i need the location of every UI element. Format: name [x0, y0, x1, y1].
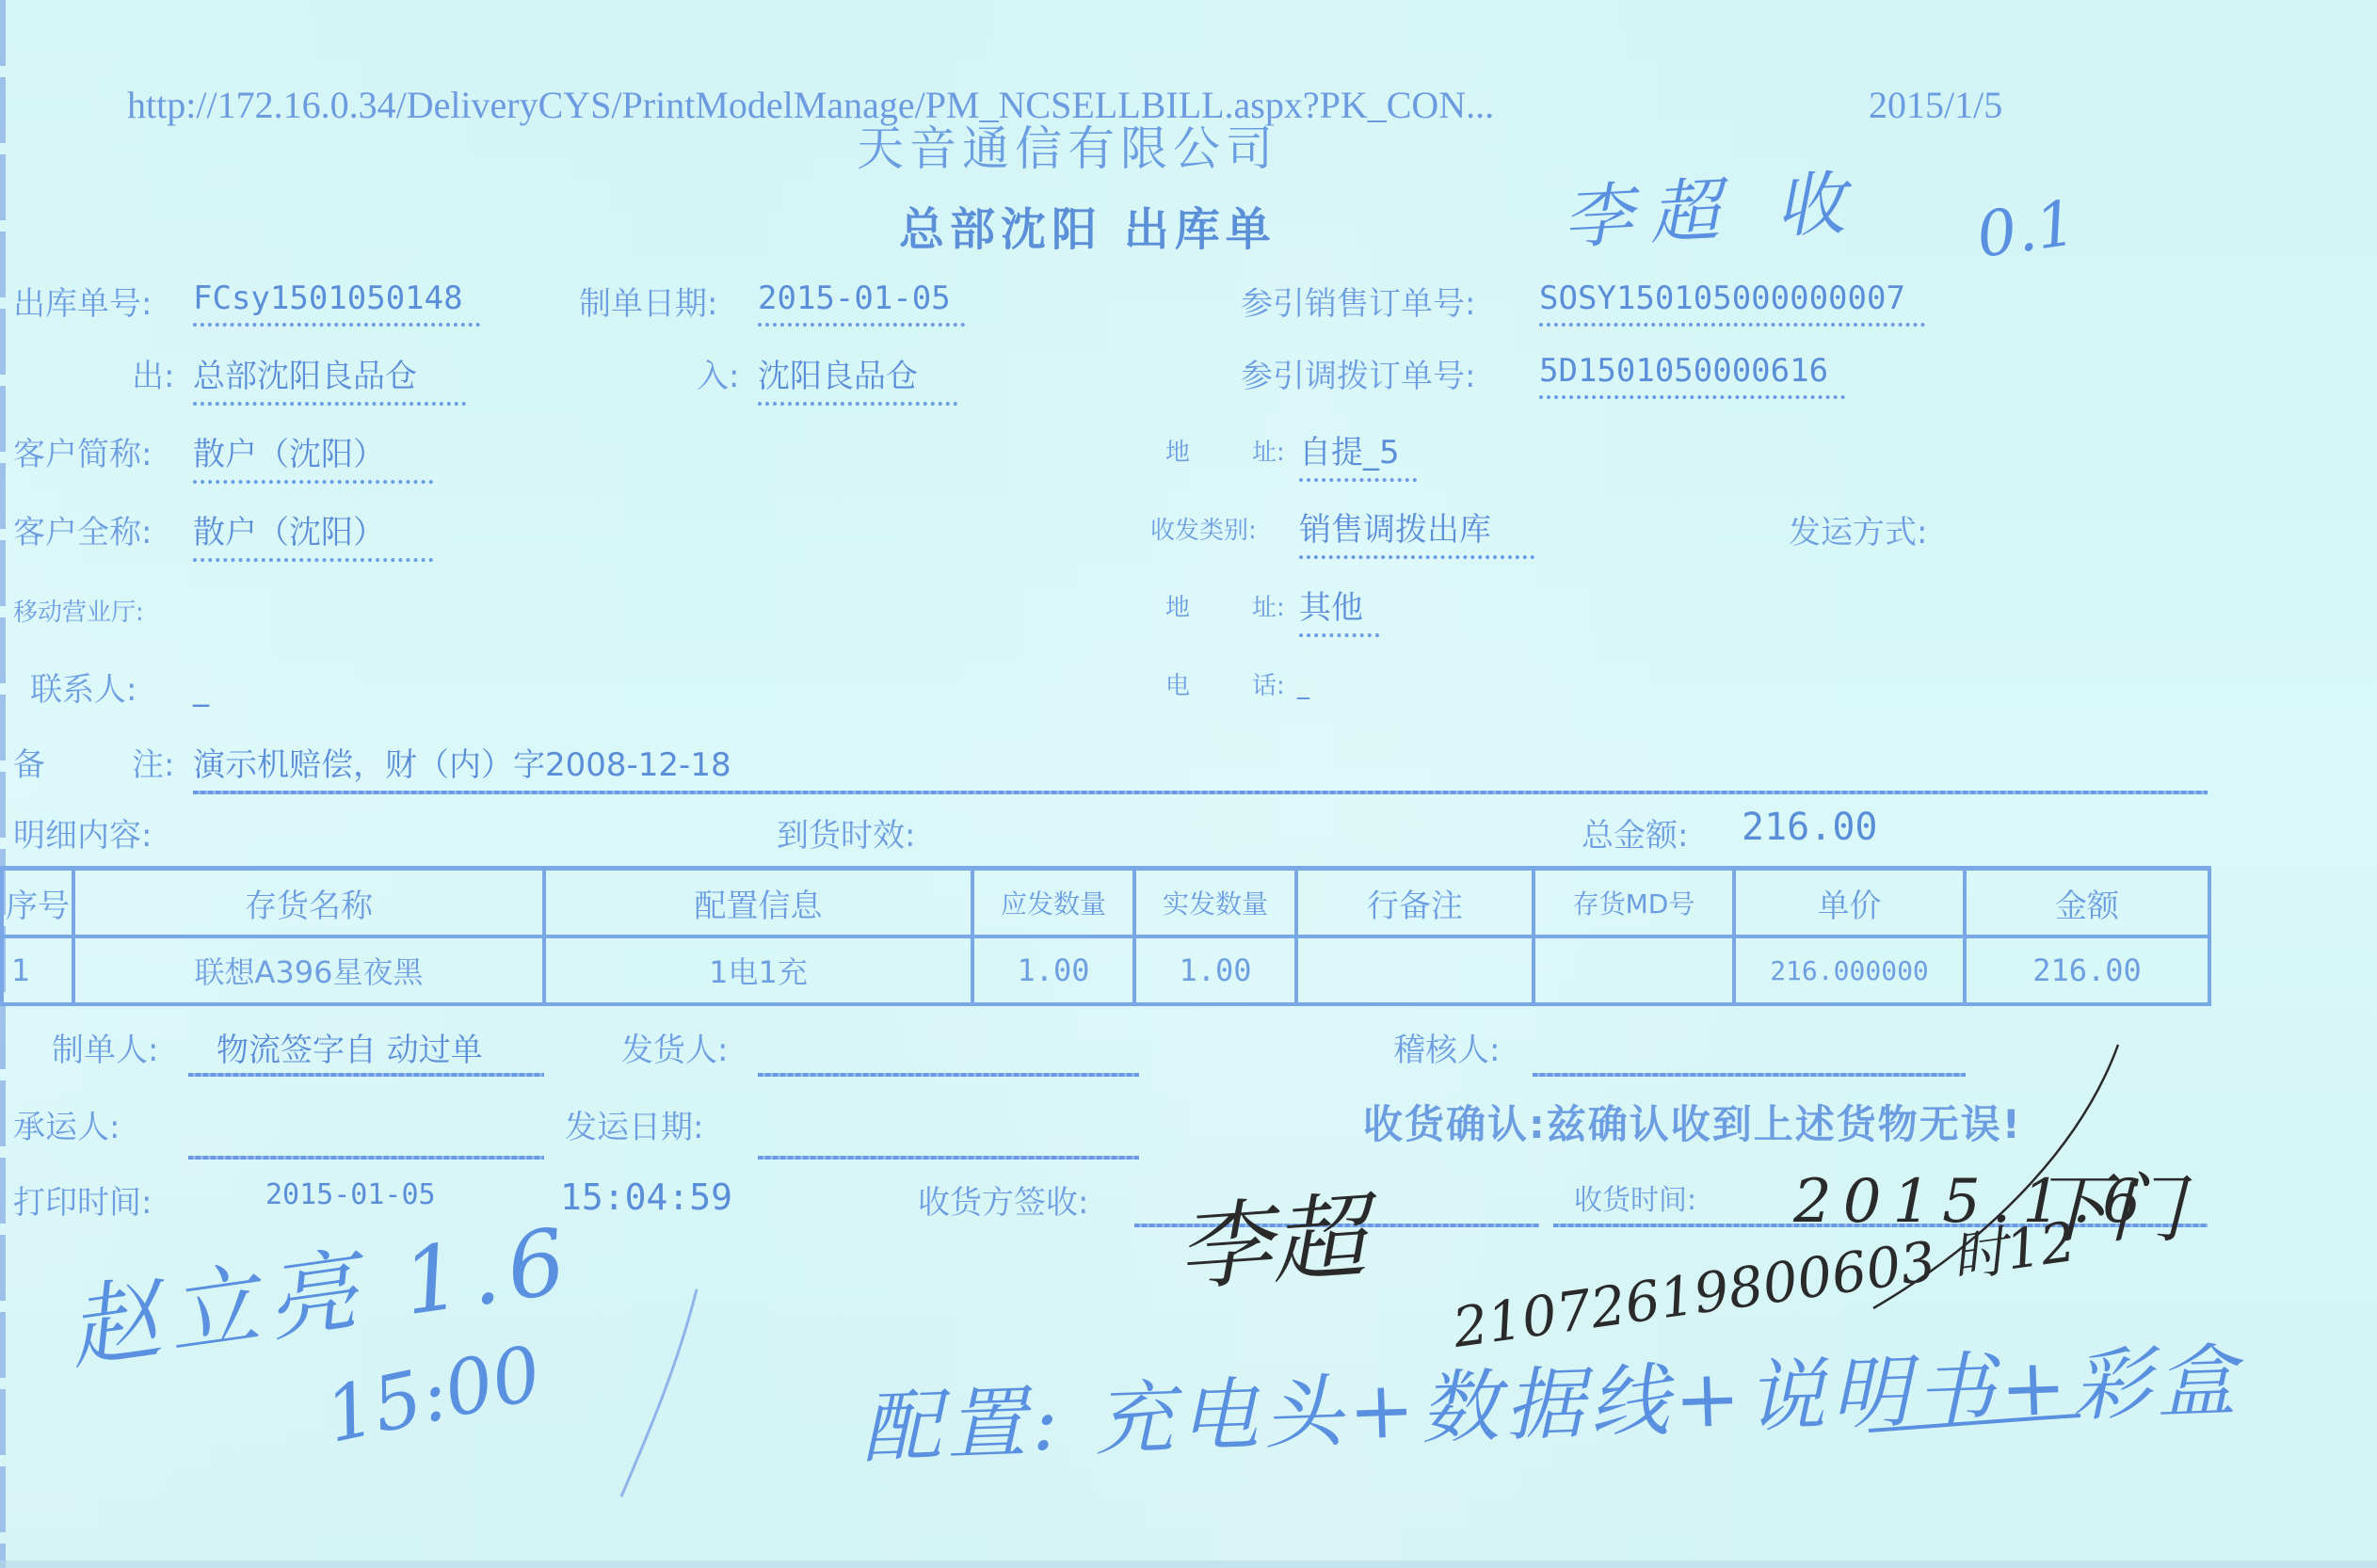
- address2-value: 其他: [1299, 582, 1379, 637]
- ref-transfer-order-value: 5D1501050000616: [1539, 352, 1845, 399]
- contact-value: _: [193, 670, 209, 708]
- remark-label-a: 备: [13, 739, 45, 785]
- customer-full-label: 客户全称:: [13, 506, 152, 552]
- paper-bottom-edge: [0, 1560, 2377, 1568]
- address1-label-b: 址:: [1252, 433, 1285, 468]
- io-category-value: 销售调拨出库: [1299, 504, 1534, 559]
- cell-qty-due: 1.00: [972, 936, 1134, 1004]
- ref-transfer-order-label: 参引调拨订单号:: [1241, 350, 1475, 396]
- col-header-qty-due: 应发数量: [972, 869, 1134, 937]
- tractor-feed-edge: [0, 0, 6, 1568]
- company-name: 天音通信有限公司: [857, 111, 1278, 179]
- handwritten-receiver-note: 李超 收: [1560, 148, 1864, 263]
- in-warehouse-value: 沈阳良品仓: [758, 350, 957, 406]
- customer-short-label: 客户简称:: [13, 428, 152, 474]
- contact-label: 联系人:: [30, 664, 137, 710]
- maker-label: 制单人:: [52, 1024, 158, 1070]
- print-date: 2015/1/5: [1869, 83, 2002, 127]
- cell-md-no: [1534, 936, 1734, 1004]
- col-header-md-no: 存货MD号: [1534, 869, 1734, 937]
- cell-config: 1电1充: [544, 936, 972, 1004]
- remark-underline: [193, 791, 2208, 794]
- shipper-label: 发货人:: [621, 1024, 728, 1070]
- total-label: 总金额:: [1582, 809, 1688, 856]
- cell-item-name: 联想A396星夜黑: [73, 936, 544, 1004]
- io-category-label: 收发类别:: [1150, 511, 1257, 546]
- print-url: http://172.16.0.34/DeliveryCYS/PrintMode…: [127, 83, 1494, 127]
- in-warehouse-label: 入:: [697, 350, 739, 396]
- total-value: 216.00: [1742, 806, 1878, 849]
- order-no-value: FCsy1501050148: [193, 280, 480, 327]
- ship-date-label: 发运日期:: [565, 1101, 703, 1147]
- ref-sales-order-value: SOSY150105000000007: [1539, 280, 1925, 327]
- address2-label-a: 地: [1165, 588, 1190, 623]
- phone-label-b: 话:: [1252, 666, 1285, 701]
- print-time-date: 2015-01-05: [265, 1178, 436, 1211]
- out-warehouse-label: 出:: [132, 350, 174, 396]
- phone-label-a: 电: [1165, 666, 1190, 701]
- cell-line-remark: [1296, 936, 1534, 1004]
- cell-qty-actual: 1.00: [1134, 936, 1296, 1004]
- items-table: 序号 存货名称 配置信息 应发数量 实发数量 行备注 存货MD号 单价 金额 1…: [0, 866, 2211, 1006]
- receive-time-label: 收货时间:: [1574, 1176, 1696, 1218]
- cell-index: 1: [2, 936, 73, 1004]
- print-time-label: 打印时间:: [13, 1176, 152, 1223]
- remark-label-b: 注:: [132, 739, 174, 785]
- table-row: 1 联想A396星夜黑 1电1充 1.00 1.00 216.000000 21…: [2, 936, 2209, 1004]
- ref-sales-order-label: 参引销售订单号:: [1241, 278, 1475, 324]
- document-title: 总部沈阳 出库单: [899, 193, 1277, 258]
- maker-value: 物流签字自 动过单: [217, 1024, 483, 1070]
- address1-label-a: 地: [1165, 433, 1190, 468]
- arrival-label: 到货时效:: [777, 809, 915, 856]
- cell-unit-price: 216.000000: [1734, 936, 1965, 1004]
- ship-date-underline: [758, 1156, 1139, 1160]
- out-warehouse-value: 总部沈阳良品仓: [193, 350, 466, 406]
- receiver-sign-label: 收货方签收:: [918, 1176, 1088, 1223]
- auditor-label: 稽核人:: [1393, 1024, 1500, 1070]
- create-date-label: 制单日期:: [579, 278, 717, 324]
- create-date-value: 2015-01-05: [758, 280, 965, 327]
- carrier-label: 承运人:: [13, 1101, 120, 1147]
- handwritten-underline-stroke: [1864, 1402, 2090, 1440]
- detail-label: 明细内容:: [13, 809, 152, 856]
- handwritten-receiver-signature: 李超: [1172, 1160, 1370, 1309]
- cell-amount: 216.00: [1965, 936, 2209, 1004]
- handwritten-slash-stroke: [1836, 1035, 2146, 1318]
- col-header-unit-price: 单价: [1734, 869, 1965, 937]
- address2-label-b: 址:: [1252, 588, 1285, 623]
- maker-underline: [188, 1073, 544, 1077]
- order-no-label: 出库单号:: [13, 278, 152, 324]
- mobile-hall-label: 移动营业厅:: [13, 593, 144, 628]
- col-header-qty-actual: 实发数量: [1134, 869, 1296, 937]
- customer-full-value: 散户（沈阳）: [193, 506, 433, 562]
- address1-value: 自提_5: [1299, 426, 1417, 482]
- ship-method-label: 发运方式:: [1789, 506, 1927, 552]
- handwritten-pen-stroke: [602, 1280, 715, 1506]
- carrier-underline: [188, 1156, 544, 1160]
- handwritten-number: 0.1: [1972, 186, 2080, 272]
- col-header-index: 序号: [2, 869, 73, 937]
- customer-short-value: 散户（沈阳）: [193, 428, 433, 484]
- remark-value: 演示机赔偿，财（内）字2008-12-18: [193, 739, 731, 785]
- col-header-amount: 金额: [1965, 869, 2209, 937]
- table-header-row: 序号 存货名称 配置信息 应发数量 实发数量 行备注 存货MD号 单价 金额: [2, 869, 2209, 937]
- col-header-line-remark: 行备注: [1296, 869, 1534, 937]
- phone-value: _: [1297, 672, 1309, 700]
- col-header-item-name: 存货名称: [73, 869, 544, 937]
- shipper-underline: [758, 1073, 1139, 1077]
- col-header-config: 配置信息: [544, 869, 972, 937]
- print-time-time: 15:04:59: [560, 1176, 732, 1218]
